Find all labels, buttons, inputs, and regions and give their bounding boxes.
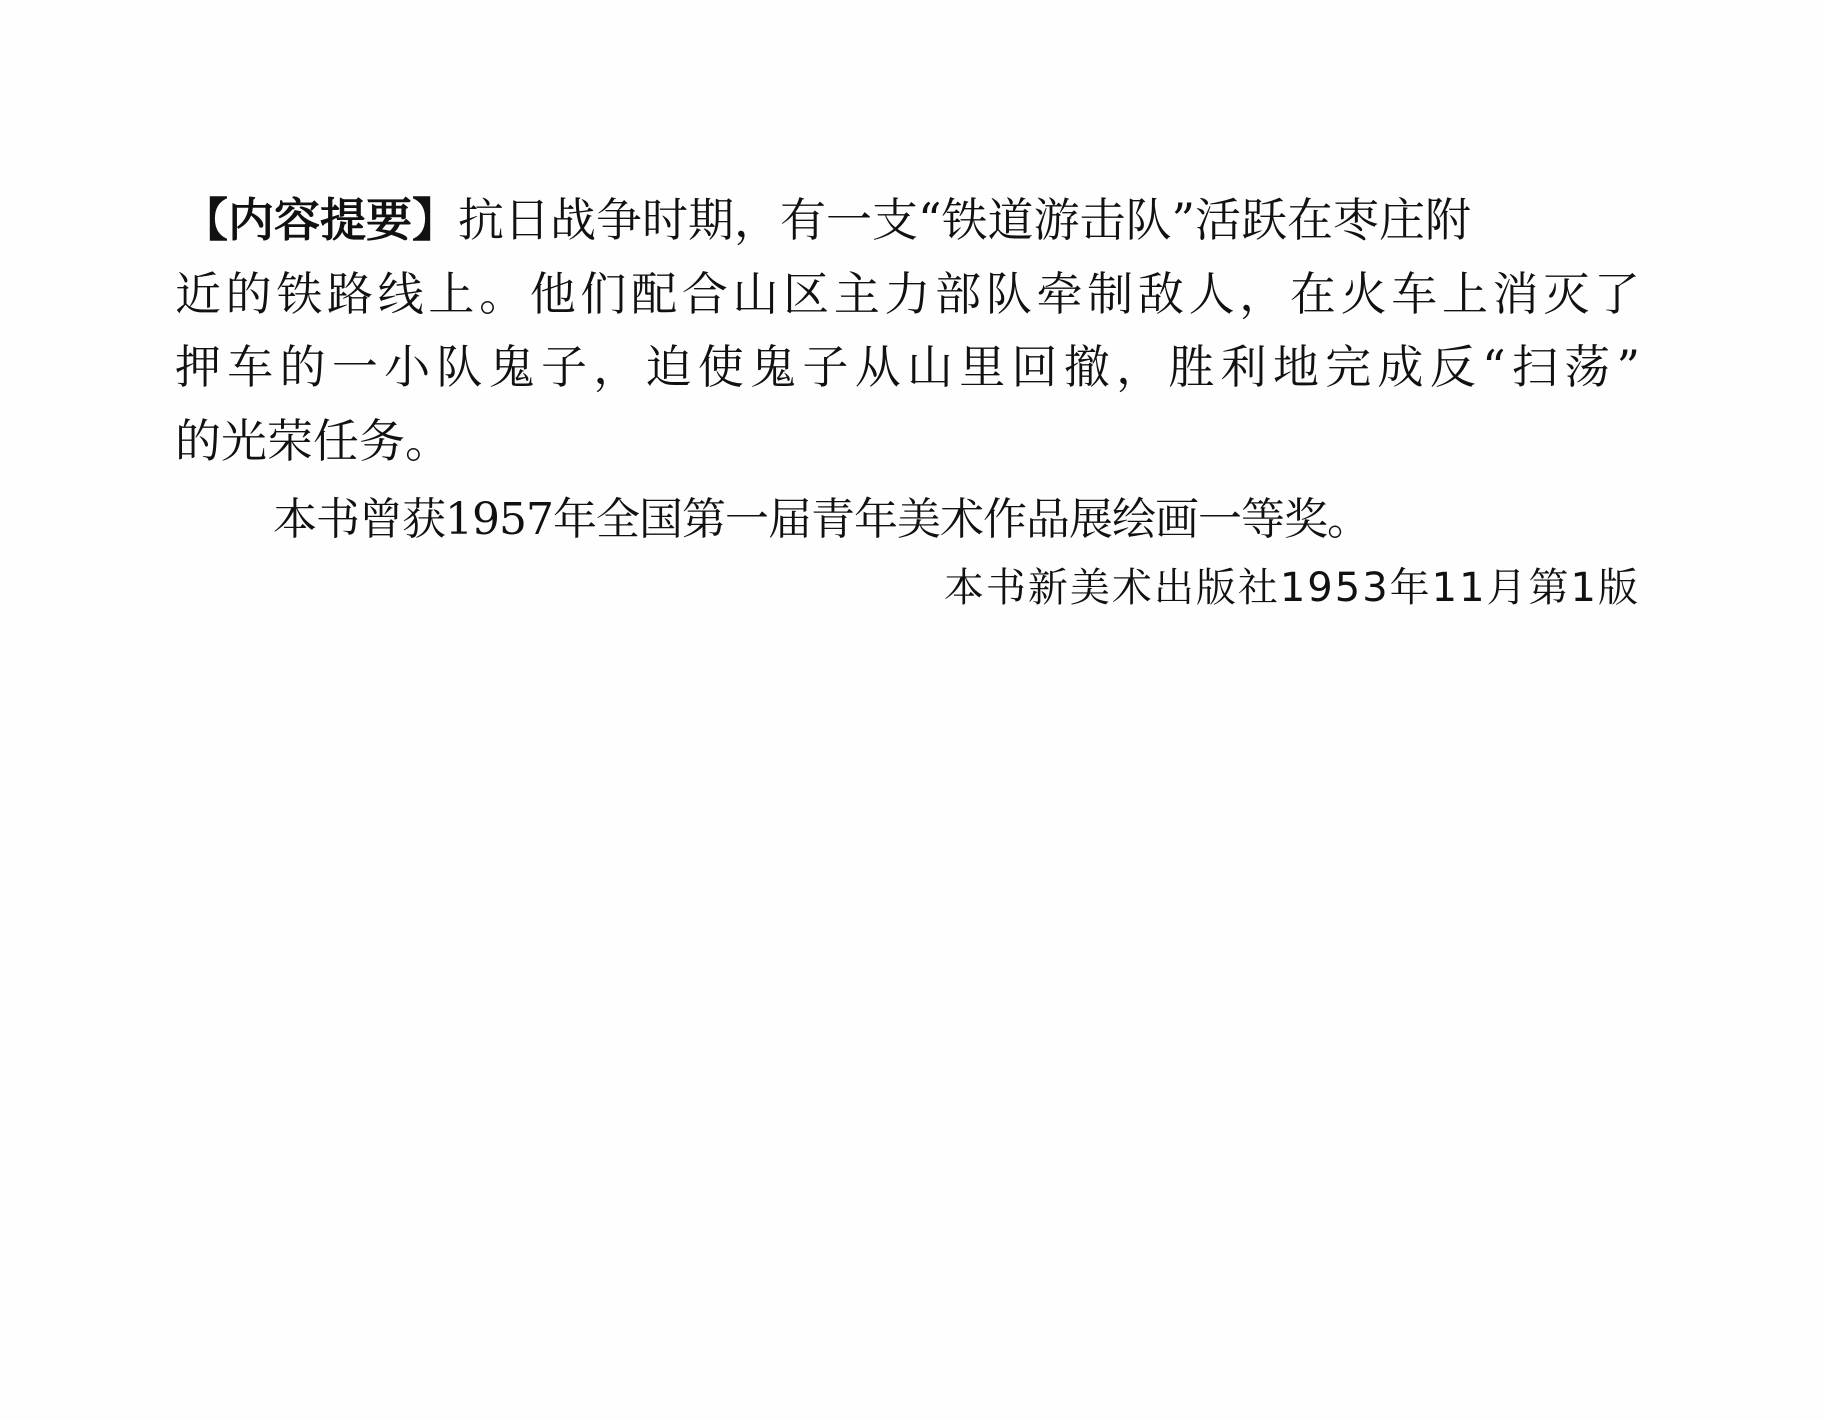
summary-heading: 【内容提要】 <box>182 193 458 247</box>
edition-note: 本书新美术出版社1953年11月第1版 <box>944 562 1640 614</box>
summary-line-4: 的光荣任务。 <box>175 415 451 467</box>
summary-line-3: 押车的一小队鬼子，迫使鬼子从山里回撤，胜利地完成反“扫荡” <box>175 341 1640 393</box>
summary-text-3: 押车的一小队鬼子，迫使鬼子从山里回撤，胜利地完成反“扫荡” <box>175 341 1640 393</box>
summary-line-1: 【内容提要】抗日战争时期，有一支“铁道游击队”活跃在枣庄附 <box>182 194 1471 246</box>
summary-text-1: 抗日战争时期，有一支“铁道游击队”活跃在枣庄附 <box>458 193 1471 247</box>
award-note: 本书曾获1957年全国第一届青年美术作品展绘画一等奖。 <box>273 494 1370 546</box>
summary-text-4: 的光荣任务。 <box>175 414 451 468</box>
summary-line-2: 近的铁路线上。他们配合山区主力部队牵制敌人，在火车上消灭了 <box>175 268 1640 320</box>
summary-text-2: 近的铁路线上。他们配合山区主力部队牵制敌人，在火车上消灭了 <box>175 268 1640 320</box>
